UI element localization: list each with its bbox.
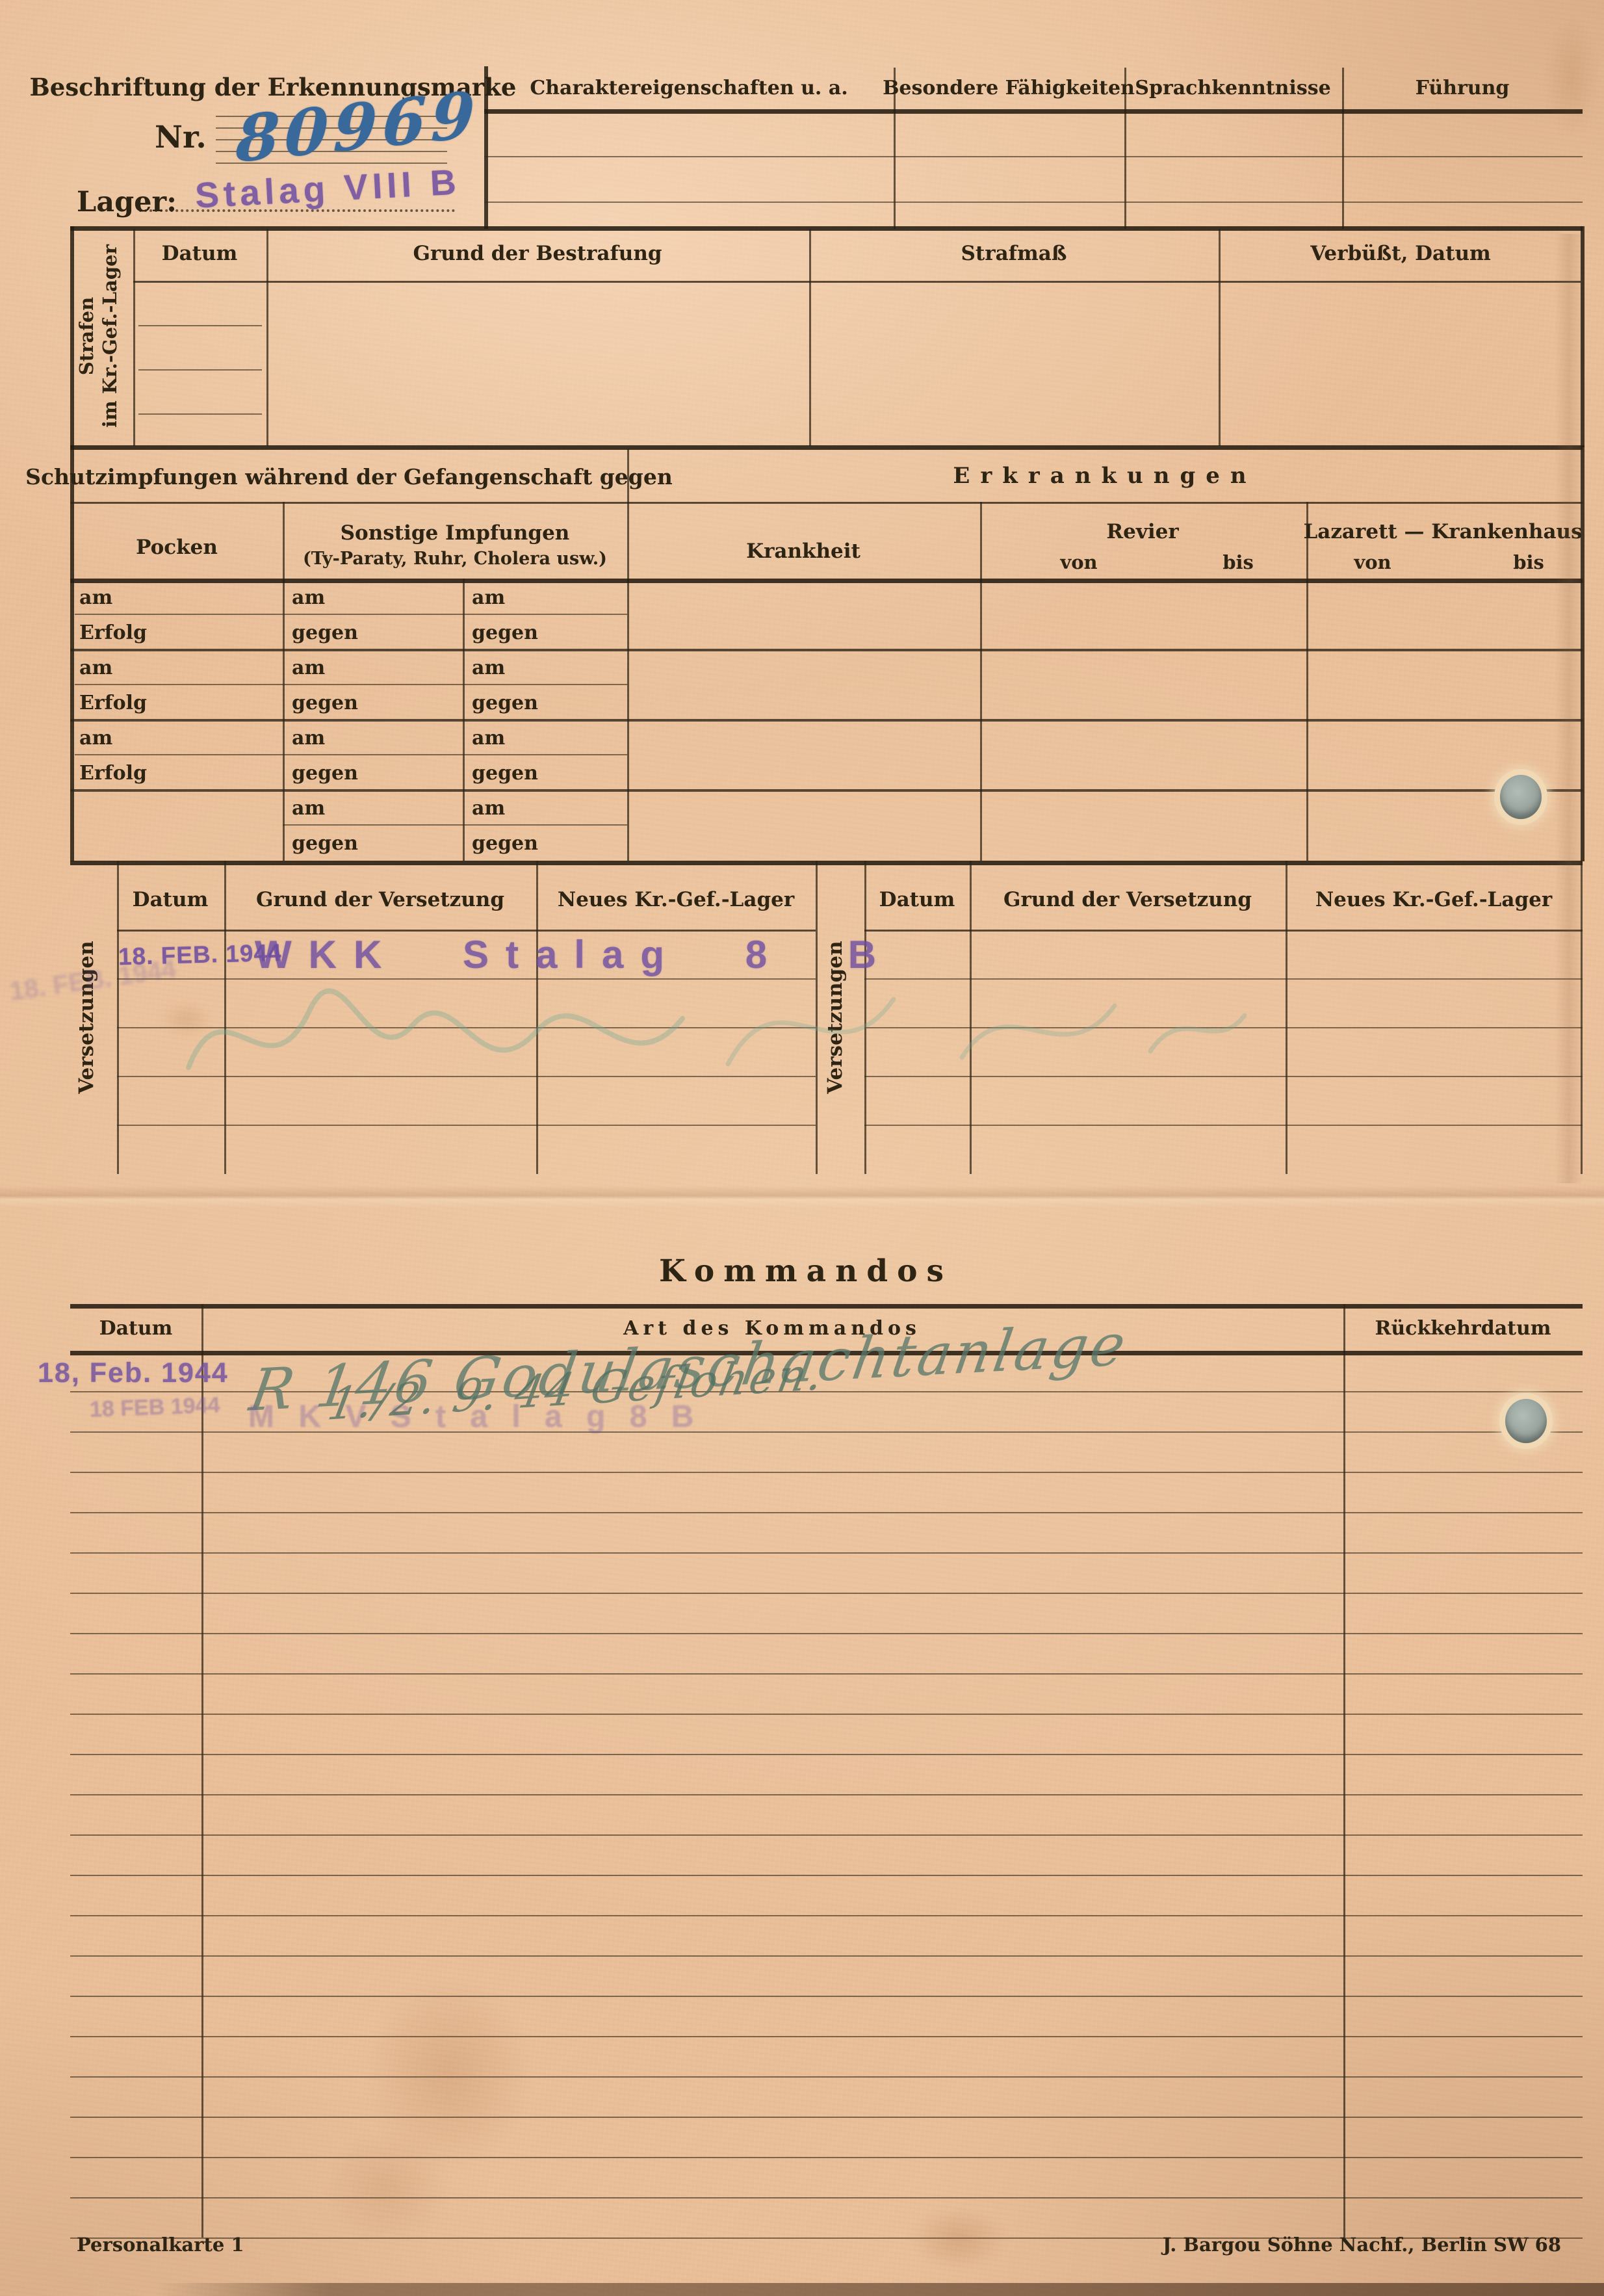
divider — [627, 449, 629, 861]
rule-line — [70, 1996, 1583, 1997]
revier-header: Revier — [1106, 520, 1178, 543]
rule-line — [138, 325, 262, 326]
punch-hole — [1505, 1399, 1547, 1443]
rule-line — [70, 1512, 1583, 1513]
rule-line — [70, 1593, 1583, 1594]
impf-cell: Erfolg — [79, 762, 147, 785]
impf-cell: am — [472, 586, 505, 609]
rule-line — [484, 109, 1583, 114]
rule-line — [70, 1673, 1583, 1675]
impf-cell: Erfolg — [79, 621, 147, 644]
versetzungen-side-label-left: Versetzungen — [75, 887, 107, 1147]
impf-cell: am — [472, 657, 505, 679]
lazarett-header: Lazarett — Krankenhaus — [1303, 520, 1582, 543]
section-divider — [70, 226, 1583, 231]
rule-line — [70, 1714, 1583, 1715]
col-charaktereigenschaften: Charaktereigenschaften u. a. — [530, 77, 847, 99]
rule-line — [70, 789, 1583, 792]
rule-line — [70, 2197, 1583, 2198]
impf-cell: am — [79, 727, 112, 750]
section-divider — [70, 861, 1583, 865]
divider — [1306, 502, 1308, 861]
erkrankungen-title: Erkrankungen — [953, 463, 1256, 489]
impf-cell: gegen — [472, 762, 538, 785]
rule-line — [864, 1125, 1583, 1126]
rule-line — [70, 1754, 1583, 1755]
rule-line — [70, 1915, 1583, 1916]
divider — [809, 229, 811, 446]
divider — [117, 861, 119, 1174]
rule-line — [283, 824, 627, 826]
rule-line — [484, 156, 1583, 157]
divider — [1343, 1304, 1345, 2237]
divider — [980, 502, 982, 861]
page-bottom-edge — [156, 2283, 1604, 2296]
footer-form-name: Personalkarte 1 — [77, 2234, 244, 2256]
lager-label: Lager: — [77, 186, 177, 218]
divider — [266, 229, 268, 446]
impf-cell: gegen — [472, 832, 538, 855]
punch-hole — [1500, 775, 1542, 819]
revier-bis-label: bis — [1222, 551, 1254, 573]
col-besondere-faehigkeiten: Besondere Fähigkeiten — [883, 77, 1135, 99]
strafen-side-label-line2: im Kr.-Gef.-Lager — [99, 244, 121, 428]
kommandos-col-rueckkehr: Rückkehrdatum — [1375, 1317, 1551, 1340]
rule-line — [627, 502, 1583, 504]
divider — [1286, 861, 1287, 1174]
revier-von-label: von — [1060, 551, 1097, 573]
border — [70, 226, 74, 447]
impf-cell: am — [472, 727, 505, 750]
divider — [484, 66, 488, 229]
kommandos-col-datum: Datum — [99, 1317, 173, 1340]
rule-line — [70, 2117, 1583, 2118]
rule-line — [133, 281, 1581, 283]
pencil-scrawl — [162, 905, 1267, 1119]
lazarett-von-label: von — [1354, 551, 1391, 573]
kommando-row1-date-stamp: 18, Feb. 1944 — [38, 1357, 229, 1389]
personalkarte-back: Beschriftung der Erkennungsmarke Nr. 809… — [0, 0, 1604, 2296]
rule-line — [70, 502, 627, 504]
impf-cell: gegen — [292, 621, 358, 644]
versetz-right-neues: Neues Kr.-Gef.-Lager — [1315, 888, 1552, 911]
rule-line — [70, 579, 1583, 583]
impf-cell: am — [292, 727, 325, 750]
strafen-side-label-line1: Strafen — [75, 297, 97, 375]
footer-printer: J. Bargou Söhne Nachf., Berlin SW 68 — [1163, 2234, 1561, 2256]
krankheit-header: Krankheit — [746, 540, 860, 563]
rule-line — [75, 614, 627, 615]
divider — [1219, 229, 1221, 446]
impf-cell: gegen — [292, 832, 358, 855]
impf-cell: am — [292, 586, 325, 609]
impf-cell: gegen — [292, 762, 358, 785]
rule-line — [70, 1633, 1583, 1634]
impf-cell: gegen — [472, 621, 538, 644]
stain — [910, 2208, 1007, 2269]
edge-crease — [1555, 234, 1583, 1183]
rule-line — [70, 1552, 1583, 1554]
impf-cell: am — [79, 657, 112, 679]
rule-line — [484, 202, 1583, 203]
kommandos-title: Kommandos — [659, 1253, 953, 1289]
impf-cell: am — [292, 657, 325, 679]
col-sprachkenntnisse: Sprachkenntnisse — [1135, 77, 1330, 99]
strafen-side-label: Strafen im Kr.-Gef.-Lager — [75, 224, 127, 449]
border — [70, 445, 74, 861]
stain — [325, 2132, 448, 2243]
rule-line — [70, 1955, 1583, 1957]
impfungen-title: Schutzimpfungen während der Gefangenscha… — [25, 464, 673, 489]
sonstige-impfungen-header: Sonstige Impfungen — [341, 521, 570, 545]
strafen-col-strafmass: Strafmaß — [961, 242, 1067, 265]
col-fuehrung: Führung — [1416, 77, 1510, 99]
rule-line — [70, 1472, 1583, 1473]
impf-cell: gegen — [292, 692, 358, 714]
rule-line — [70, 2036, 1583, 2037]
divider — [201, 1304, 203, 2237]
rule-line — [70, 1304, 1583, 1309]
strafen-col-datum: Datum — [162, 242, 238, 265]
rule-line — [70, 1834, 1583, 1836]
lazarett-bis-label: bis — [1513, 551, 1544, 573]
rule-line — [75, 684, 627, 685]
stain — [1546, 20, 1598, 137]
kommando-row2-date-stamp-ghost: 18 FEB 1944 — [89, 1393, 220, 1423]
divider — [133, 229, 135, 446]
rule-line — [138, 413, 262, 415]
rule-line — [70, 2076, 1583, 2078]
nr-label: Nr. — [155, 120, 207, 155]
impf-cell: gegen — [472, 692, 538, 714]
pocken-header: Pocken — [136, 536, 218, 559]
strafen-col-verbuesst: Verbüßt, Datum — [1310, 242, 1491, 265]
strafen-col-grund: Grund der Bestrafung — [413, 242, 662, 265]
rule-line — [75, 754, 627, 755]
lager-stamp: Stalag VIII B — [194, 161, 462, 216]
impf-cell: am — [79, 586, 112, 609]
stain — [160, 1001, 212, 1037]
impf-cell: Erfolg — [79, 692, 147, 714]
sonstige-impfungen-subheader: (Ty-Paraty, Ruhr, Cholera usw.) — [303, 549, 607, 569]
fold-crease — [0, 1186, 1604, 1208]
divider — [283, 502, 285, 861]
divider — [1342, 68, 1344, 229]
rule-line — [70, 1875, 1583, 1876]
rule-line — [117, 1125, 816, 1126]
section-divider — [70, 445, 1583, 450]
rule-line — [70, 2157, 1583, 2158]
rule-line — [70, 649, 1583, 651]
impf-cell: am — [292, 797, 325, 820]
rule-line — [138, 369, 262, 371]
rule-line — [70, 1794, 1583, 1795]
rule-line — [70, 719, 1583, 722]
impf-cell: am — [472, 797, 505, 820]
